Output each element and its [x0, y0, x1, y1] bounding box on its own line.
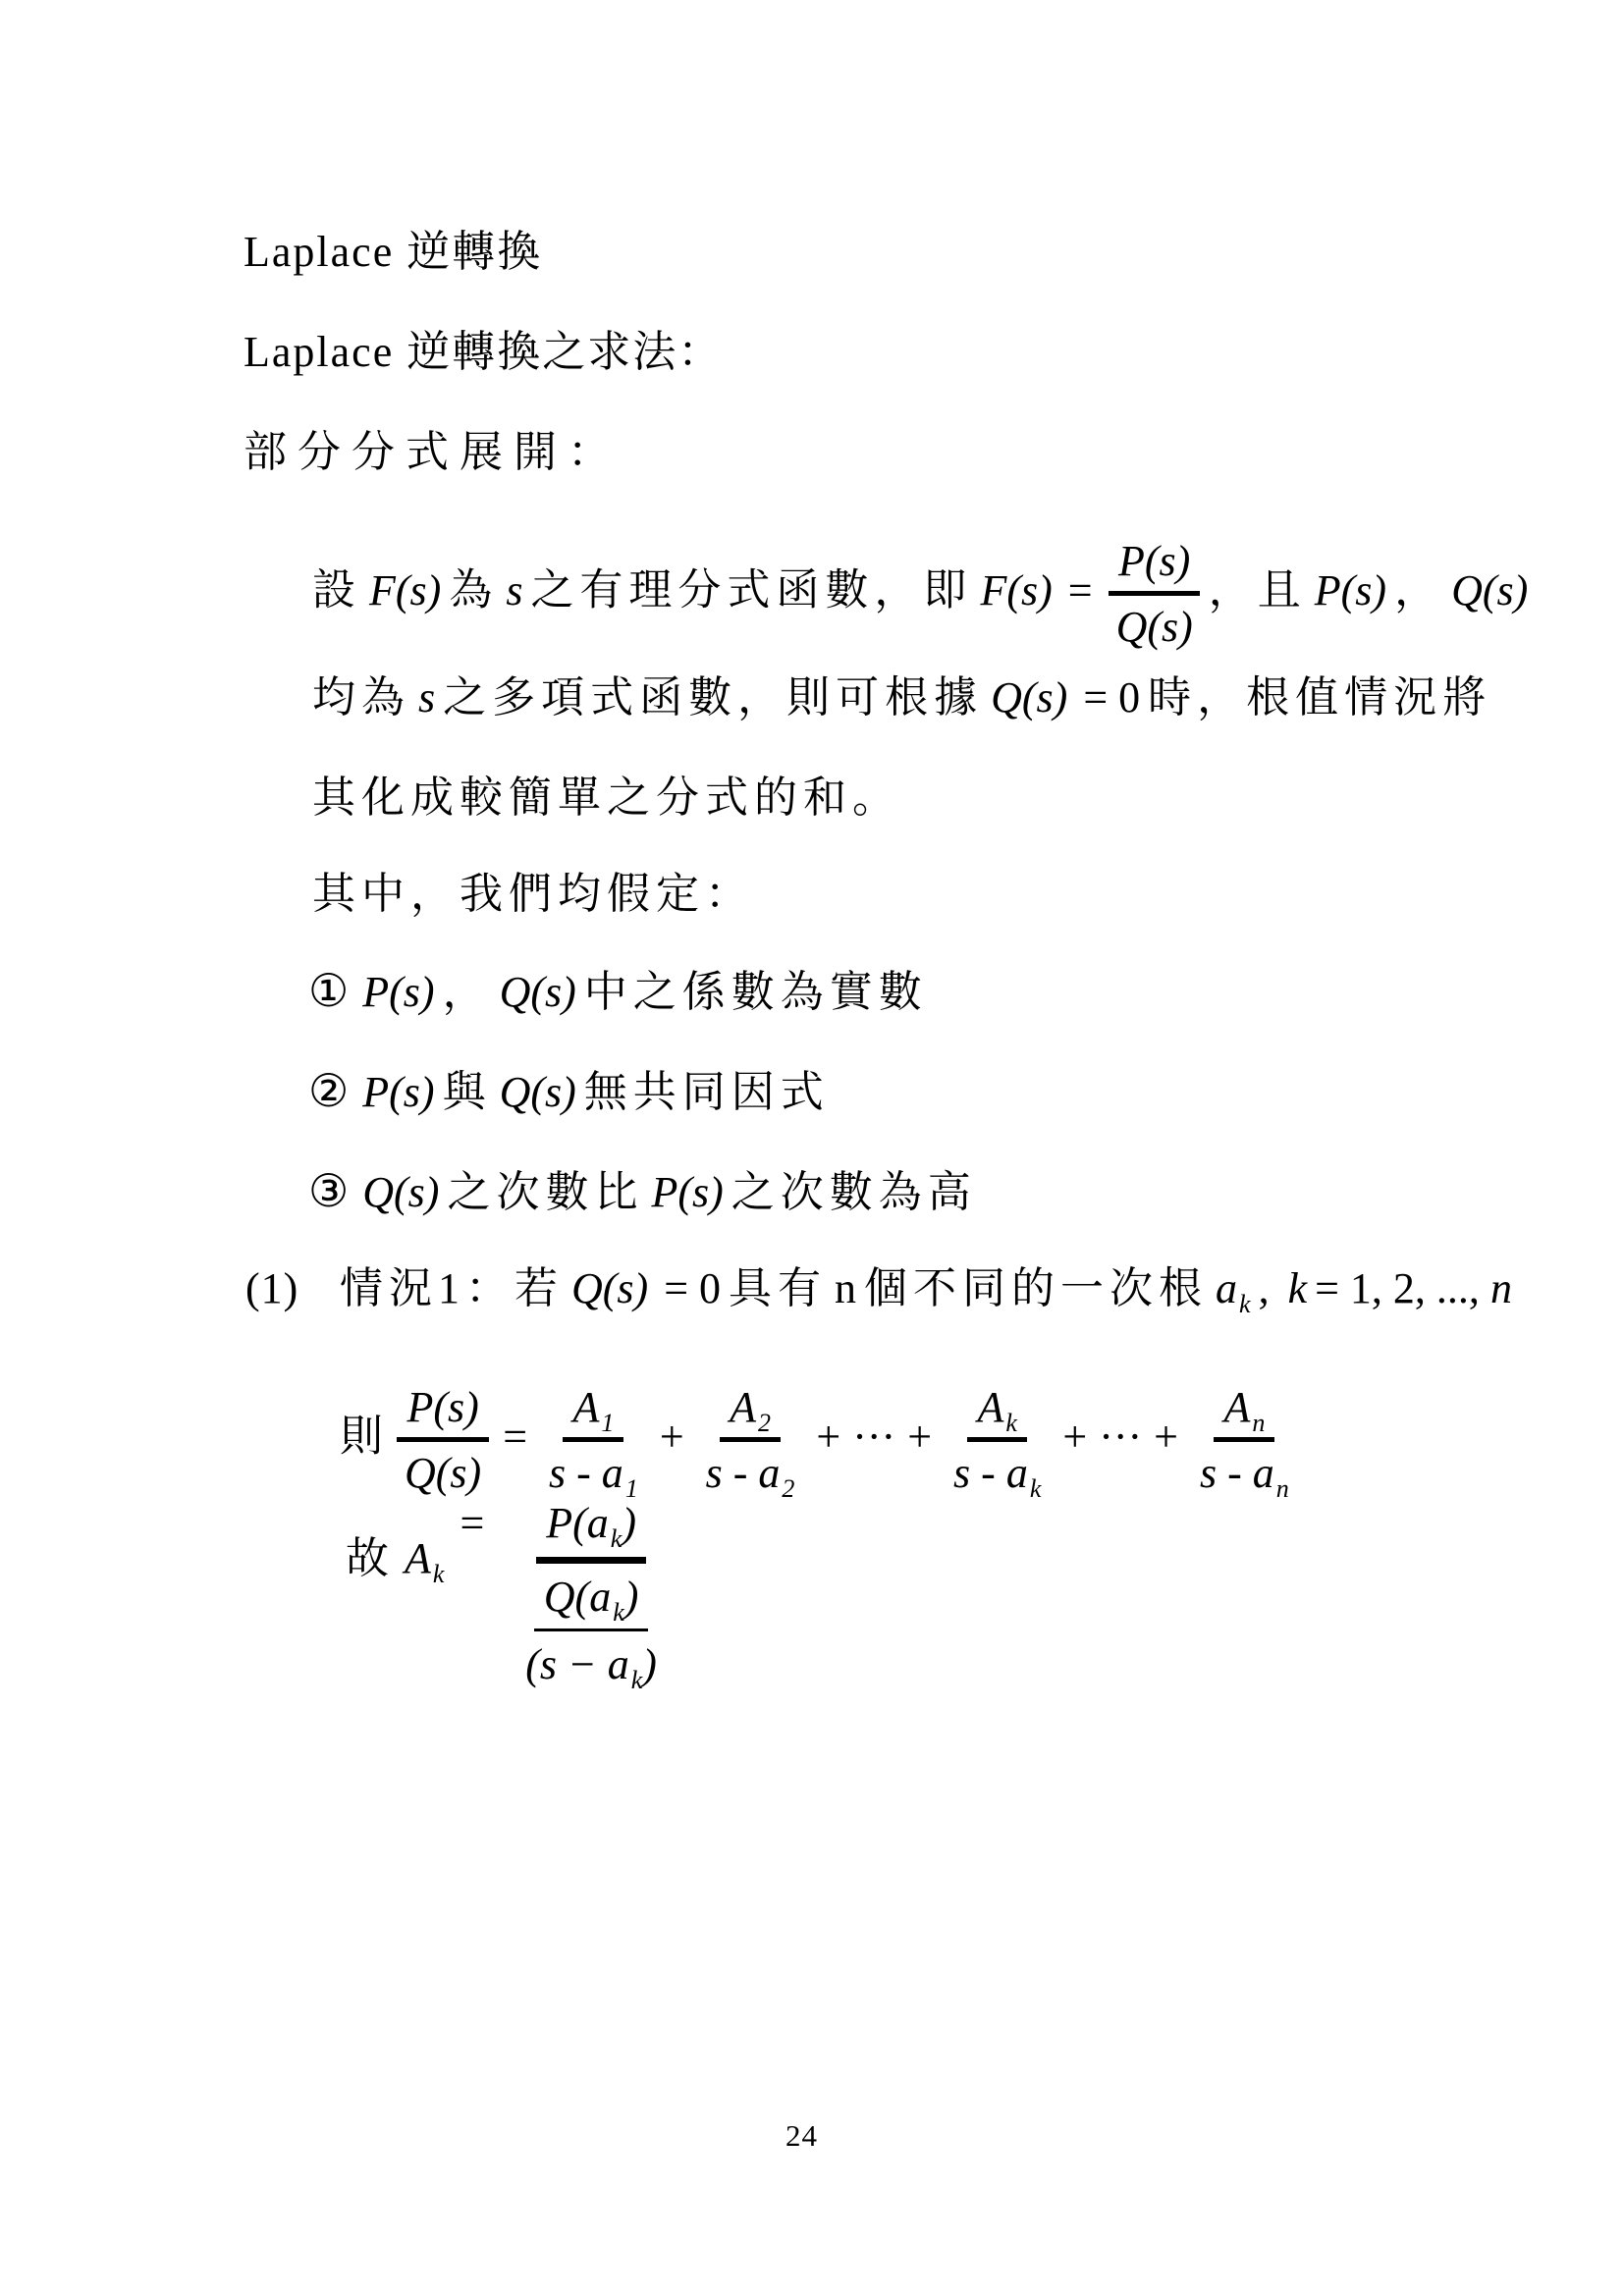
heading-method: Laplace 逆轉換之求法：: [244, 322, 723, 383]
equals-zero: = 0: [1083, 673, 1140, 721]
expansion-formula-line: 則P(s)Q(s)=A1s - a1+A2s - a2+···+Aks - ak…: [340, 1382, 1305, 1499]
math-F-of-s-2: F(s): [980, 566, 1052, 614]
fraction-denominator: s - a2: [696, 1442, 805, 1499]
inner-fraction-numerator: Q(ak): [534, 1572, 649, 1631]
fraction-term-k: Aks - ak: [944, 1382, 1051, 1499]
math-Q-of-s: Q(s): [500, 968, 576, 1016]
fraction-numerator: P(s): [397, 1382, 488, 1442]
document-page: Laplace 逆轉換 Laplace 逆轉換之求法： 部分分式展開： 設F(s…: [0, 0, 1624, 2296]
fraction-denominator: s - ak: [944, 1442, 1051, 1499]
circled-number-3: ③: [308, 1164, 349, 1217]
assumption-item-1: ①P(s)，Q(s)中之係數為實數: [308, 960, 928, 1023]
text-segment: 與: [443, 1068, 492, 1116]
equals-sign: =: [460, 1498, 484, 1549]
text-segment: 具有: [729, 1264, 827, 1312]
text-segment: 無共同因式: [584, 1068, 830, 1116]
circled-number-1: ①: [308, 964, 349, 1017]
math-k: k: [1288, 1264, 1308, 1312]
ellipsis-dots: ···: [852, 1413, 895, 1461]
assumption-item-3: ③Q(s)之次數比P(s)之次數為高: [308, 1160, 977, 1223]
intro-mid-text: 之有理分式函數，即: [530, 566, 972, 614]
fraction-term-2: A2s - a2: [696, 1382, 805, 1499]
fraction-denominator: Q(s): [1107, 596, 1203, 653]
paragraph-line-1: 均為s之多項式函數，則可根據Q(s)= 0時，根值情況將: [312, 667, 1491, 728]
equals-sign: =: [1068, 566, 1093, 614]
text-segment: 之次數為高: [731, 1168, 977, 1216]
plus-sign: +: [816, 1413, 840, 1461]
fraction-numerator: A1: [563, 1382, 623, 1442]
inner-fraction-denominator: (s − ak): [515, 1631, 667, 1690]
math-P-of-s: P(s): [362, 1068, 434, 1116]
text-therefore: 故: [346, 1533, 395, 1584]
text-segment: 時，根值情況將: [1148, 673, 1491, 721]
plus-sign: +: [660, 1413, 684, 1461]
math-F-of-s: F(s): [369, 566, 441, 614]
plus-sign: +: [907, 1413, 932, 1461]
math-Q-of-s: Q(s): [362, 1168, 439, 1216]
math-P-of-s: P(s): [362, 968, 434, 1016]
case-1-line: (1)情況1：若Q(s)= 0具有n個不同的一次根ak, k= 1, 2, ..…: [245, 1258, 1512, 1319]
intro-equation-line: 設F(s)為s之有理分式函數，即F(s)=P(s)Q(s)，且P(s)，Q(s): [312, 536, 1536, 653]
intro-pre-text: 設: [312, 566, 361, 614]
plus-sign: +: [1062, 1413, 1087, 1461]
fraction-term-1: A1s - a1: [539, 1382, 648, 1499]
fraction-numerator: An: [1214, 1382, 1274, 1442]
math-n: n: [1490, 1264, 1512, 1312]
math-Q-of-s: Q(s): [500, 1068, 576, 1116]
fraction-denominator: s - an: [1190, 1442, 1299, 1499]
fraction-numerator: P(s): [1109, 536, 1200, 596]
heading-title: Laplace 逆轉換: [244, 222, 542, 283]
fraction-denominator: s - a1: [539, 1442, 648, 1499]
coefficient-formula-line: 故 Ak = P(ak) Q(ak) (s − ak): [346, 1498, 682, 1690]
fraction-numerator: Ak: [967, 1382, 1026, 1442]
plus-sign: +: [1154, 1413, 1178, 1461]
circled-number-2: ②: [308, 1064, 349, 1117]
text-segment: ，: [443, 968, 492, 1016]
text-then: 則: [340, 1413, 389, 1461]
comma: ,: [1259, 1264, 1280, 1312]
fraction-numerator: A2: [720, 1382, 781, 1442]
intro-comma: ，: [1394, 566, 1443, 614]
assumptions-heading: 其中，我們均假定：: [312, 864, 754, 925]
index-sequence: = 1, 2, ...,: [1315, 1264, 1490, 1312]
page-number: 24: [785, 2118, 818, 2154]
math-P-of-s: P(s): [1315, 566, 1386, 614]
fraction-term-n: Ans - an: [1190, 1382, 1299, 1499]
assumption-item-2: ②P(s)與Q(s)無共同因式: [308, 1060, 830, 1123]
math-s: s: [506, 566, 522, 614]
fraction-numerator: P(ak): [536, 1498, 646, 1564]
fraction-denominator: Q(s): [395, 1442, 491, 1499]
math-Q-of-s: Q(s): [991, 673, 1067, 721]
equals-sign: =: [503, 1413, 527, 1461]
text-segment: 均為: [312, 673, 410, 721]
math-n: n: [835, 1264, 856, 1312]
math-Q-of-s: Q(s): [571, 1264, 648, 1312]
paragraph-line-2: 其化成較簡單之分式的和。: [312, 768, 901, 828]
intro-post-text: ，且: [1209, 566, 1307, 614]
fraction-denominator: Q(ak) (s − ak): [506, 1564, 677, 1690]
intro-wei-text: 為: [449, 566, 498, 614]
math-a-sub-k: ak: [1216, 1264, 1251, 1312]
fraction-P-over-Q: P(s)Q(s): [1107, 536, 1203, 653]
math-P-of-s: P(s): [651, 1168, 723, 1216]
ellipsis-dots: ···: [1099, 1413, 1142, 1461]
case-1-label: (1): [245, 1258, 340, 1319]
heading-section: 部分分式展開：: [244, 422, 622, 483]
nested-fraction: P(ak) Q(ak) (s − ak): [506, 1498, 677, 1690]
math-s: s: [418, 673, 435, 721]
text-segment: 中之係數為實數: [584, 968, 928, 1016]
text-segment: 情況1：若: [340, 1264, 564, 1312]
math-A-sub-k: Ak: [405, 1533, 444, 1584]
text-segment: 之多項式函數，則可根據: [443, 673, 983, 721]
text-segment: 之次數比: [447, 1168, 643, 1216]
text-segment: 個不同的一次根: [864, 1264, 1208, 1312]
math-Q-of-s: Q(s): [1451, 566, 1528, 614]
equals-zero: = 0: [664, 1264, 721, 1312]
inner-fraction: Q(ak) (s − ak): [515, 1572, 667, 1690]
fraction-P-over-Q: P(s)Q(s): [395, 1382, 491, 1499]
